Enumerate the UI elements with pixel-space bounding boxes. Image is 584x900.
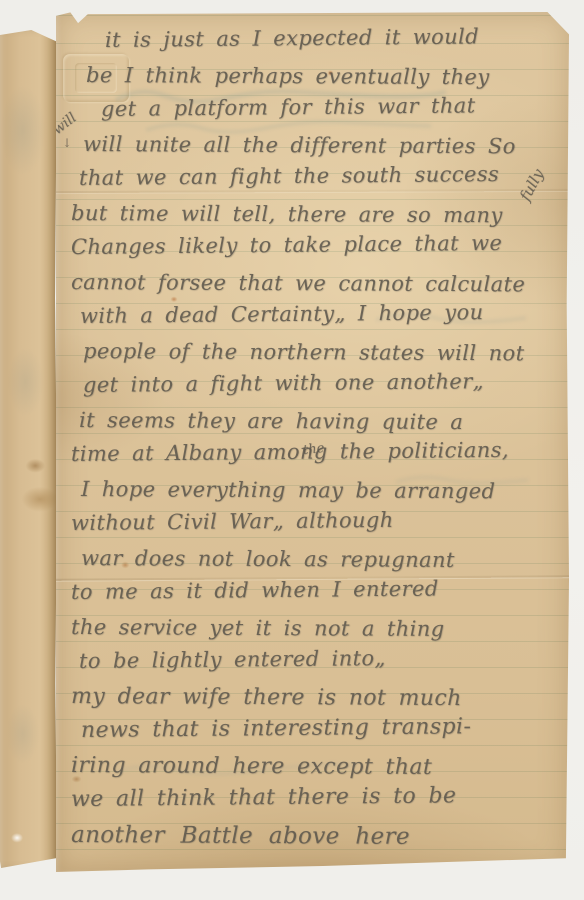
adjacent-page-edge xyxy=(0,30,57,868)
handwriting-line: to be lightly entered into„ xyxy=(79,644,563,683)
interlinear-insertion-word: the xyxy=(302,441,325,458)
handwriting-line: it is just as I expected it would xyxy=(105,24,563,63)
handwriting-line: with a dead Certainty„ I hope you xyxy=(80,299,563,338)
insertion-caret-mark: ↓ xyxy=(62,136,72,150)
handwriting-line: get into a fight with one another„ xyxy=(83,368,563,407)
handwriting-line: another Battle above here xyxy=(71,822,563,859)
handwriting-line: we all think that there is to be xyxy=(71,782,563,821)
handwriting-line: Changes likely to take place that we xyxy=(71,230,563,269)
handwriting-line: that we can fight the south success xyxy=(79,161,563,200)
handwriting-line: to me as it did when I entered xyxy=(71,575,563,614)
letter-page: it is just as I expected it would be I t… xyxy=(56,12,569,872)
letter-scan: it is just as I expected it would be I t… xyxy=(0,0,584,900)
handwriting-line: get a platform for this war that xyxy=(101,93,563,132)
handwriting-line: news that is interesting transpi- xyxy=(81,713,563,752)
handwriting-line: without Civil War„ although xyxy=(71,506,563,545)
